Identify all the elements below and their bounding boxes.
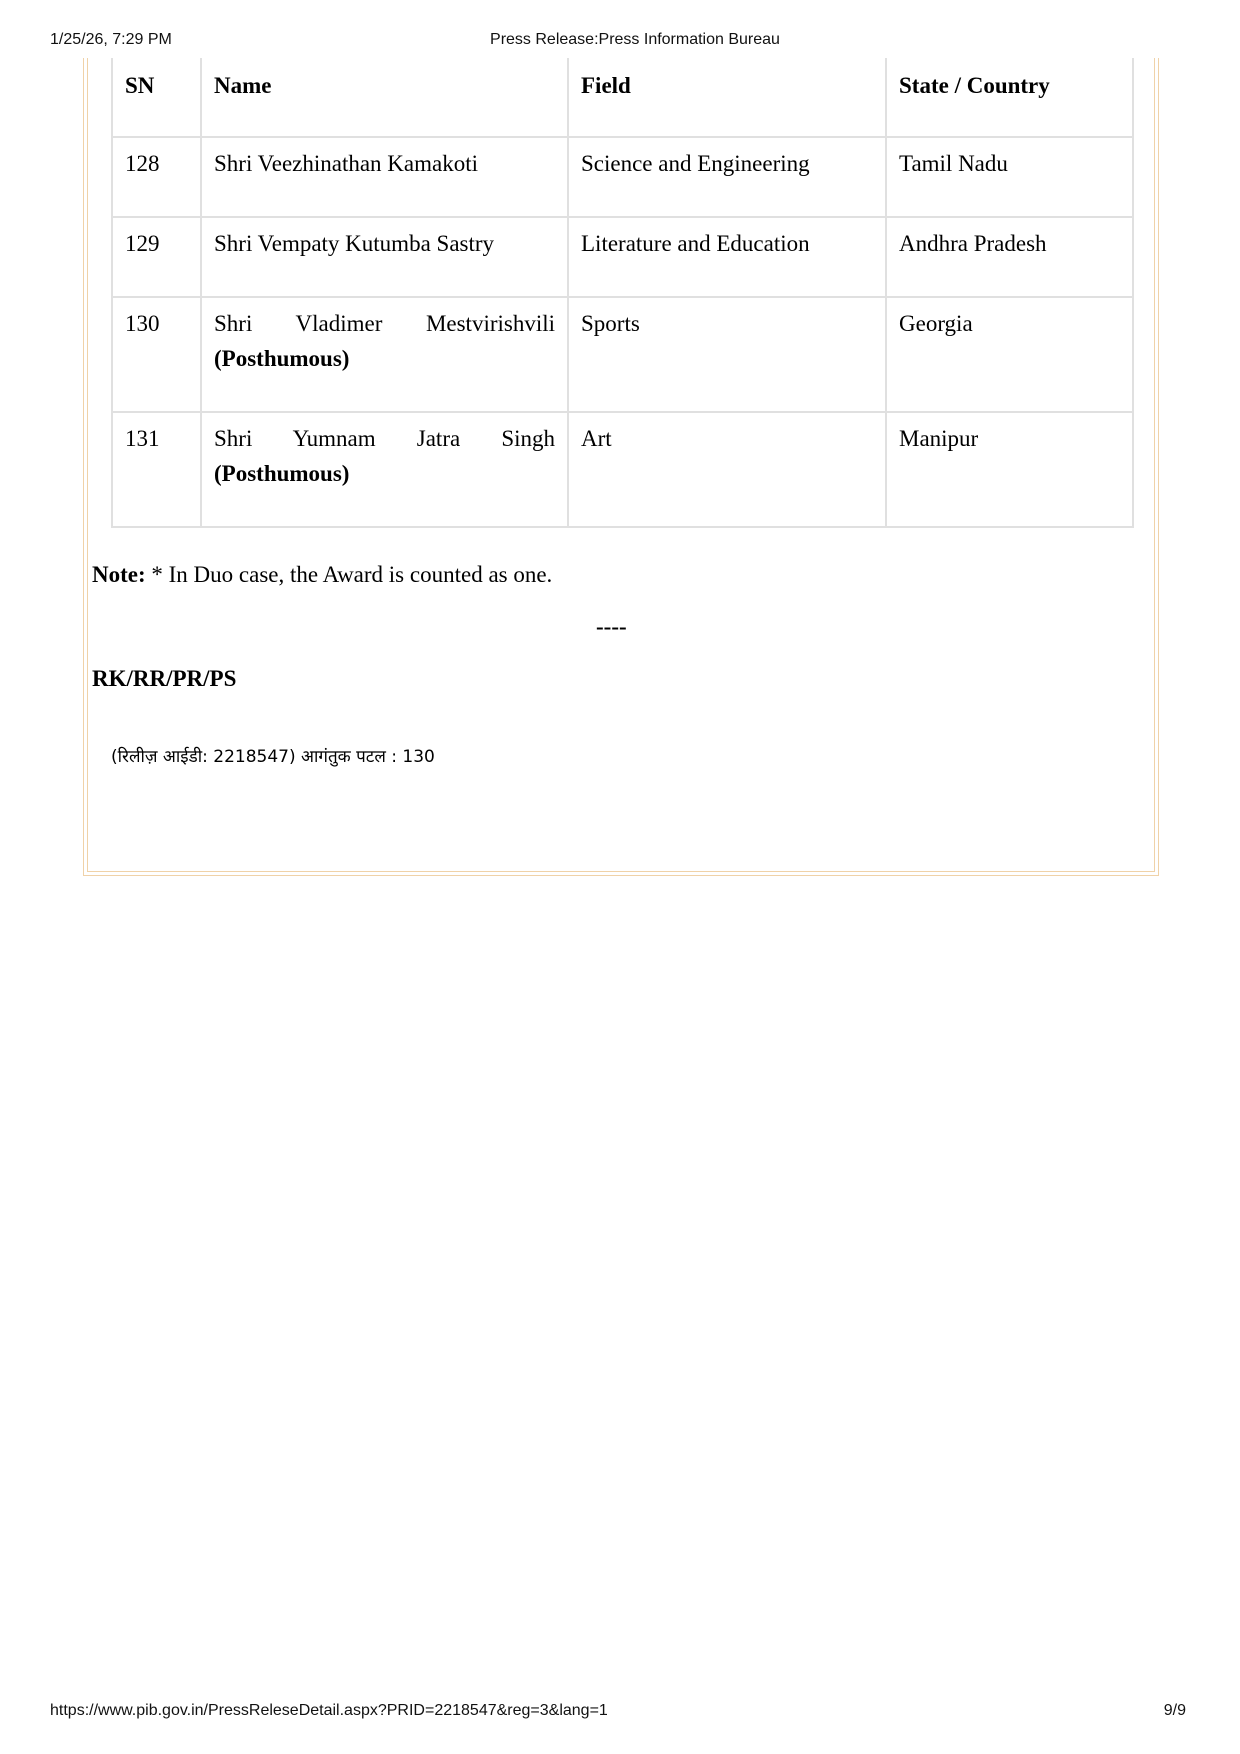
- cell-state: Georgia: [886, 297, 1133, 412]
- reference-codes: RK/RR/PR/PS: [92, 666, 236, 692]
- cell-name: Shri Yumnam Jatra Singh (Posthumous): [201, 412, 568, 527]
- cell-field: Sports: [568, 297, 886, 412]
- cell-field: Literature and Education: [568, 217, 886, 297]
- cell-sn: 128: [112, 137, 201, 217]
- cell-sn: 130: [112, 297, 201, 412]
- name-text: Shri Vladimer Mestvirishvili: [214, 311, 555, 336]
- table-header-row: SN Name Field State / Country: [112, 58, 1133, 137]
- page-number: 9/9: [1164, 1702, 1186, 1720]
- awards-table: SN Name Field State / Country 128 Shri V…: [111, 58, 1134, 528]
- cell-sn: 129: [112, 217, 201, 297]
- note: Note: * In Duo case, the Award is counte…: [92, 562, 552, 588]
- cell-field: Science and Engineering: [568, 137, 886, 217]
- table-row: 131 Shri Yumnam Jatra Singh (Posthumous)…: [112, 412, 1133, 527]
- header-field: Field: [568, 58, 886, 137]
- cell-field: Art: [568, 412, 886, 527]
- table-row: 128 Shri Veezhinathan Kamakoti Science a…: [112, 137, 1133, 217]
- separator: ----: [596, 614, 627, 640]
- table-row: 129 Shri Vempaty Kutumba Sastry Literatu…: [112, 217, 1133, 297]
- release-id-line: (रिलीज़ आईडी: 2218547) आगंतुक पटल : 130: [111, 744, 435, 767]
- posthumous-label: (Posthumous): [214, 346, 349, 371]
- print-page-title: Press Release:Press Information Bureau: [0, 31, 1240, 49]
- table-row: 130 Shri Vladimer Mestvirishvili (Posthu…: [112, 297, 1133, 412]
- name-text: Shri Yumnam Jatra Singh: [214, 426, 555, 451]
- note-text: * In Duo case, the Award is counted as o…: [146, 562, 553, 587]
- posthumous-label: (Posthumous): [214, 461, 349, 486]
- cell-name: Shri Vempaty Kutumba Sastry: [201, 217, 568, 297]
- cell-sn: 131: [112, 412, 201, 527]
- header-state: State / Country: [886, 58, 1133, 137]
- print-url: https://www.pib.gov.in/PressReleseDetail…: [50, 1702, 608, 1720]
- cell-name: Shri Vladimer Mestvirishvili (Posthumous…: [201, 297, 568, 412]
- header-name: Name: [201, 58, 568, 137]
- cell-state: Manipur: [886, 412, 1133, 527]
- cell-state: Andhra Pradesh: [886, 217, 1133, 297]
- cell-name: Shri Veezhinathan Kamakoti: [201, 137, 568, 217]
- cell-state: Tamil Nadu: [886, 137, 1133, 217]
- header-sn: SN: [112, 58, 201, 137]
- note-label: Note:: [92, 562, 146, 587]
